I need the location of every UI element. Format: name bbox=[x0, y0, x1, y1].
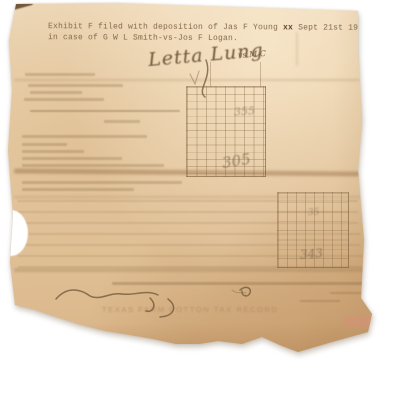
faded-print-line bbox=[22, 143, 67, 146]
typed-exhibit-note: Exhibit F filed with deposition of Jas F… bbox=[48, 21, 363, 45]
paper-sheet-wrap: 355 305 35 343 Exhibit F filed with depo… bbox=[6, 2, 378, 358]
faded-print-line bbox=[112, 282, 370, 285]
pencil-number-upper-table: 355 bbox=[234, 104, 256, 118]
faded-print-line bbox=[300, 300, 340, 302]
pencil-number-lower-table-total: 343 bbox=[299, 246, 323, 262]
faded-print-line bbox=[330, 292, 370, 294]
typed-line-1-pre: Exhibit F filed with deposition of Jas F… bbox=[48, 22, 283, 32]
faded-form-title: TEXAS FARM COTTON TAX RECORD bbox=[102, 305, 277, 314]
scanned-document-page: 355 305 35 343 Exhibit F filed with depo… bbox=[0, 0, 400, 400]
faded-print-line bbox=[104, 120, 140, 123]
top-left-corner-crease bbox=[8, 0, 34, 11]
pink-stamp-mark bbox=[344, 316, 374, 327]
faded-print-line bbox=[22, 188, 134, 191]
pencil-number-lower-table: 35 bbox=[308, 208, 320, 219]
typed-line-1-strikeout: xx bbox=[283, 23, 293, 32]
faded-print-line bbox=[22, 164, 164, 167]
faded-print-line bbox=[30, 91, 82, 94]
light-scribble bbox=[232, 290, 246, 293]
faded-print-rule bbox=[30, 110, 180, 112]
small-ink-mark bbox=[240, 287, 250, 295]
faded-print-line bbox=[24, 98, 104, 101]
pencil-check-mark bbox=[190, 71, 199, 84]
crease-band bbox=[14, 268, 368, 272]
typed-line-1-post: Sept 21st 191 bbox=[293, 23, 363, 32]
faded-print-line bbox=[22, 135, 147, 138]
faded-print-line bbox=[28, 84, 123, 87]
faded-print-line bbox=[25, 73, 95, 76]
signature-stroke bbox=[56, 290, 158, 299]
crease-band bbox=[14, 79, 360, 81]
faded-print-line bbox=[22, 150, 84, 153]
ledger-table-column-extension bbox=[210, 62, 261, 87]
faded-print-line bbox=[22, 181, 182, 184]
faded-print-line bbox=[22, 157, 122, 160]
paper-sheet: 355 305 35 343 Exhibit F filed with depo… bbox=[6, 2, 378, 358]
pink-tick-mark bbox=[362, 54, 365, 63]
left-edge-notch bbox=[0, 210, 28, 256]
